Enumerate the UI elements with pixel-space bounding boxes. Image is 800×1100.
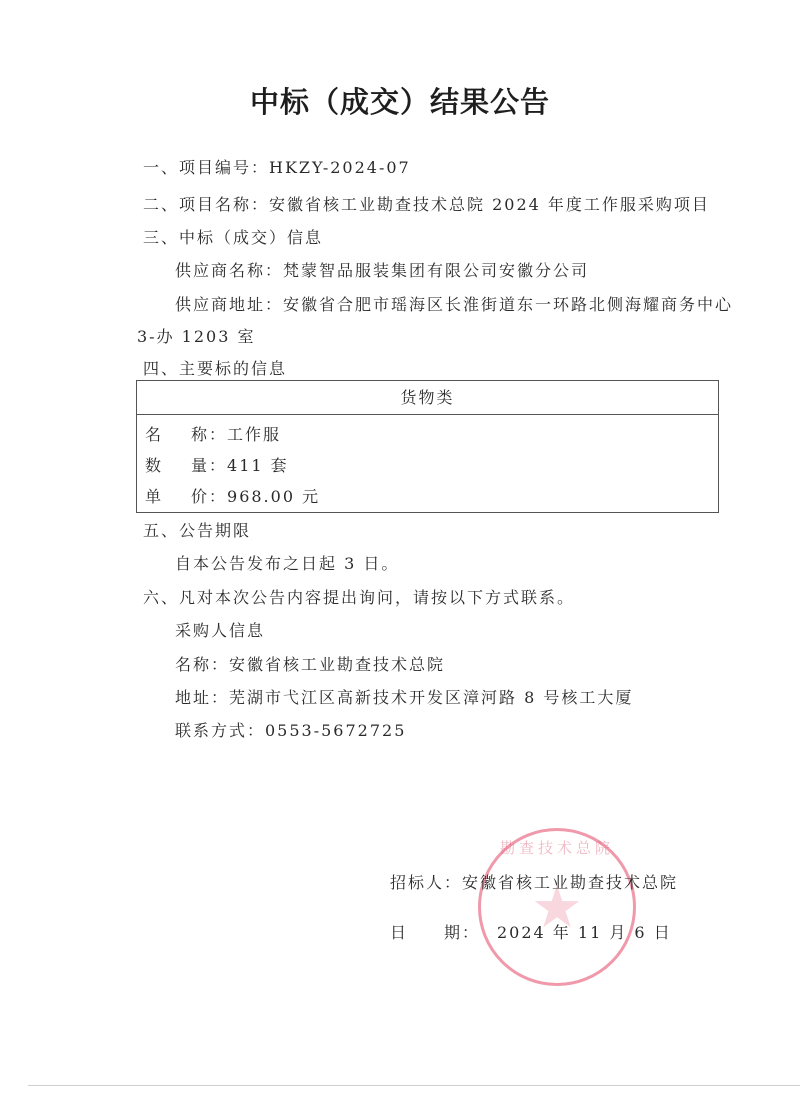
main-items-heading: 四、主要标的信息 [143, 356, 287, 379]
row-value: 411 套 [227, 456, 289, 475]
row-key-1: 数 [145, 453, 191, 476]
inquiry-heading: 六、凡对本次公告内容提出询问，请按以下方式联系。 [143, 585, 575, 608]
page-bottom-rule [28, 1085, 800, 1086]
purchaser-address: 地址：芜湖市弋江区高新技术开发区漳河路 8 号核工大厦 [175, 685, 633, 708]
table-header: 货物类 [137, 381, 718, 415]
tenderer: 招标人：安徽省核工业勘查技术总院 [390, 870, 678, 893]
row-key-2: 称： [191, 425, 227, 444]
purchaser-contact: 联系方式：0553-5672725 [175, 718, 406, 741]
row-key-1: 名 [145, 422, 191, 445]
row-value: 工作服 [227, 425, 281, 444]
row-key-1: 单 [145, 484, 191, 507]
purchaser-heading: 采购人信息 [175, 618, 265, 641]
notice-period-text: 自本公告发布之日起 3 日。 [175, 551, 399, 574]
seal-text: 勘查技术总院 [481, 837, 633, 858]
award-info-heading: 三、中标（成交）信息 [143, 225, 323, 248]
table-row: 单价：968.00 元 [145, 484, 320, 507]
main-items-table: 货物类 名称：工作服 数量：411 套 单价：968.00 元 [136, 380, 719, 513]
row-key-2: 价： [191, 487, 227, 506]
notice-period-heading: 五、公告期限 [143, 518, 251, 541]
supplier-address-line2: 3-办 1203 室 [137, 324, 255, 347]
purchaser-name: 名称：安徽省核工业勘查技术总院 [175, 652, 445, 675]
official-seal: 勘查技术总院 ★ [478, 828, 636, 986]
document-title: 中标（成交）结果公告 [0, 80, 800, 121]
table-row: 数量：411 套 [145, 453, 289, 476]
supplier-address-line1: 供应商地址：安徽省合肥市瑶海区长淮街道东一环路北侧海耀商务中心 [175, 292, 733, 315]
project-name: 二、项目名称：安徽省核工业勘查技术总院 2024 年度工作服采购项目 [143, 192, 710, 215]
date-value: 2024 年 11 月 6 日 [497, 920, 672, 943]
table-row: 名称：工作服 [145, 422, 281, 445]
row-key-2: 量： [191, 456, 227, 475]
date-label: 日 期： [390, 920, 480, 943]
project-number: 一、项目编号：HKZY-2024-07 [143, 155, 411, 178]
supplier-name: 供应商名称：梵蒙智品服装集团有限公司安徽分公司 [175, 258, 589, 281]
row-value: 968.00 元 [227, 487, 320, 506]
